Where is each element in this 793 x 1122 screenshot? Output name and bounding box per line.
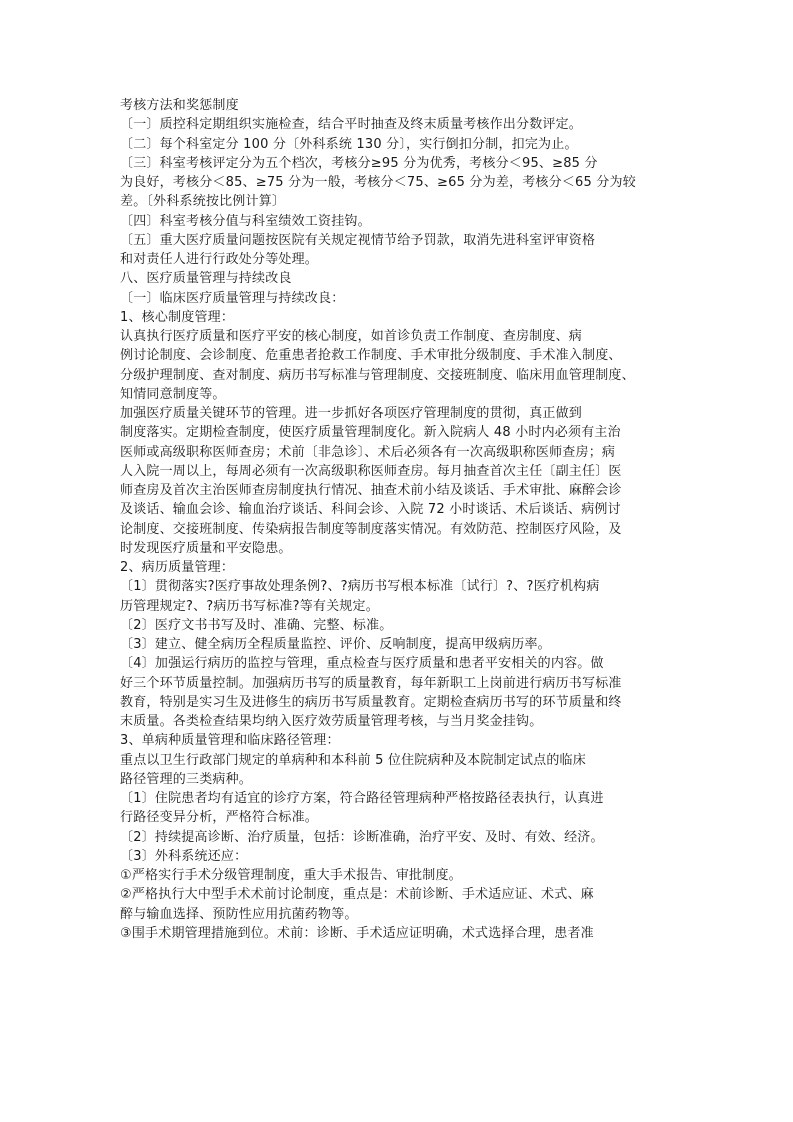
section-heading: 八、医疗质量管理与持续改良 (120, 269, 665, 288)
paragraph-line: 分级护理制度、查对制度、病历书写标准与管理制度、交接班制度、临床用血管理制度、 (120, 366, 665, 385)
paragraph-line: 制度落实。定期检查制度，使医疗质量管理制度化。新入院病人 48 小时内必须有主治 (120, 423, 665, 442)
paragraph-line: 〔三〕科室考核评定分为五个档次，考核分≥95 分为优秀，考核分＜95、≥85 分 (120, 154, 665, 173)
paragraph-line: 医师或高级职称医师查房；术前〔非急诊〕、术后必须各有一次高级职称医师查房；病 (120, 443, 665, 462)
paragraph-line: ①严格实行手术分级管理制度，重大手术报告、审批制度。 (120, 866, 665, 885)
paragraph-line: 〔3〕建立、健全病历全程质量监控、评价、反响制度，提高甲级病历率。 (120, 635, 665, 654)
paragraph-line: 师查房及首次主治医师查房制度执行情况、抽查术前小结及谈话、手术审批、麻醉会诊 (120, 481, 665, 500)
subsection-heading: 〔一〕临床医疗质量管理与持续改良： (120, 289, 665, 308)
paragraph-line: 路径管理的三类病种。 (120, 770, 665, 789)
paragraph-line: 时发现医疗质量和平安隐患。 (120, 539, 665, 558)
paragraph-line: 论制度、交接班制度、传染病报告制度等制度落实情况。有效防范、控制医疗风险，及 (120, 520, 665, 539)
paragraph-line: 知情同意制度等。 (120, 385, 665, 404)
paragraph-line: 〔2〕持续提高诊断、治疗质量，包括：诊断准确，治疗平安、及时、有效、经济。 (120, 828, 665, 847)
paragraph-line: ②严格执行大中型手术术前讨论制度，重点是：术前诊断、手术适应证、术式、麻 (120, 885, 665, 904)
paragraph-line: 〔五〕重大医疗质量问题按医院有关规定视情节给予罚款，取消先进科室评审资格 (120, 231, 665, 250)
paragraph-line: 差。〔外科系统按比例计算〕 (120, 192, 665, 211)
paragraph-line: 及谈话、输血会诊、输血治疗谈话、科间会诊、入院 72 小时谈话、术后谈话、病例讨 (120, 500, 665, 519)
paragraph-line: 〔4〕加强运行病历的监控与管理，重点检查与医疗质量和患者平安相关的内容。做 (120, 654, 665, 673)
paragraph-line: 为良好，考核分＜85、≥75 分为一般，考核分＜75、≥65 分为差，考核分＜6… (120, 173, 665, 192)
paragraph-line: ③围手术期管理措施到位。术前：诊断、手术适应证明确，术式选择合理，患者准 (120, 924, 665, 943)
item-heading: 3、单病种质量管理和临床路径管理： (120, 731, 665, 750)
paragraph-line: 〔1〕贯彻落实?医疗事故处理条例?、?病历书写根本标准〔试行〕?、?医疗机构病 (120, 577, 665, 596)
section-title: 考核方法和奖惩制度 (120, 96, 665, 115)
paragraph-line: 〔2〕医疗文书书写及时、准确、完整、标准。 (120, 616, 665, 635)
paragraph-line: 〔四〕科室考核分值与科室绩效工资挂钩。 (120, 212, 665, 231)
paragraph-line: 行路径变异分析，严格符合标准。 (120, 808, 665, 827)
paragraph-line: 好三个环节质量控制。加强病历书写的质量教育，每年新职工上岗前进行病历书写标准 (120, 674, 665, 693)
paragraph-line: 和对责任人进行行政处分等处理。 (120, 250, 665, 269)
paragraph-line: 加强医疗质量关键环节的管理。进一步抓好各项医疗管理制度的贯彻，真正做到 (120, 404, 665, 423)
paragraph-line: 〔3〕外科系统还应： (120, 847, 665, 866)
paragraph-line: 醉与输血选择、预防性应用抗菌药物等。 (120, 905, 665, 924)
document-page: 考核方法和奖惩制度 〔一〕质控科定期组织实施检查，结合平时抽查及终末质量考核作出… (120, 96, 665, 943)
paragraph-line: 〔一〕质控科定期组织实施检查，结合平时抽查及终末质量考核作出分数评定。 (120, 115, 665, 134)
paragraph-line: 人入院一周以上，每周必须有一次高级职称医师查房。每月抽查首次主任〔副主任〕医 (120, 462, 665, 481)
item-heading: 2、病历质量管理： (120, 558, 665, 577)
item-heading: 1、核心制度管理： (120, 308, 665, 327)
paragraph-line: 历管理规定?、?病历书写标准?等有关规定。 (120, 597, 665, 616)
paragraph-line: 教育，特别是实习生及进修生的病历书写质量教育。定期检查病历书写的环节质量和终 (120, 693, 665, 712)
paragraph-line: 认真执行医疗质量和医疗平安的核心制度，如首诊负责工作制度、查房制度、病 (120, 327, 665, 346)
paragraph-line: 〔二〕每个科室定分 100 分〔外科系统 130 分〕，实行倒扣分制，扣完为止。 (120, 135, 665, 154)
paragraph-line: 〔1〕住院患者均有适宜的诊疗方案，符合路径管理病种严格按路径表执行，认真进 (120, 789, 665, 808)
paragraph-line: 例讨论制度、会诊制度、危重患者抢救工作制度、手术审批分级制度、手术准入制度、 (120, 346, 665, 365)
paragraph-line: 重点以卫生行政部门规定的单病种和本科前 5 位住院病种及本院制定试点的临床 (120, 751, 665, 770)
paragraph-line: 末质量。各类检查结果均纳入医疗效劳质量管理考核，与当月奖金挂钩。 (120, 712, 665, 731)
